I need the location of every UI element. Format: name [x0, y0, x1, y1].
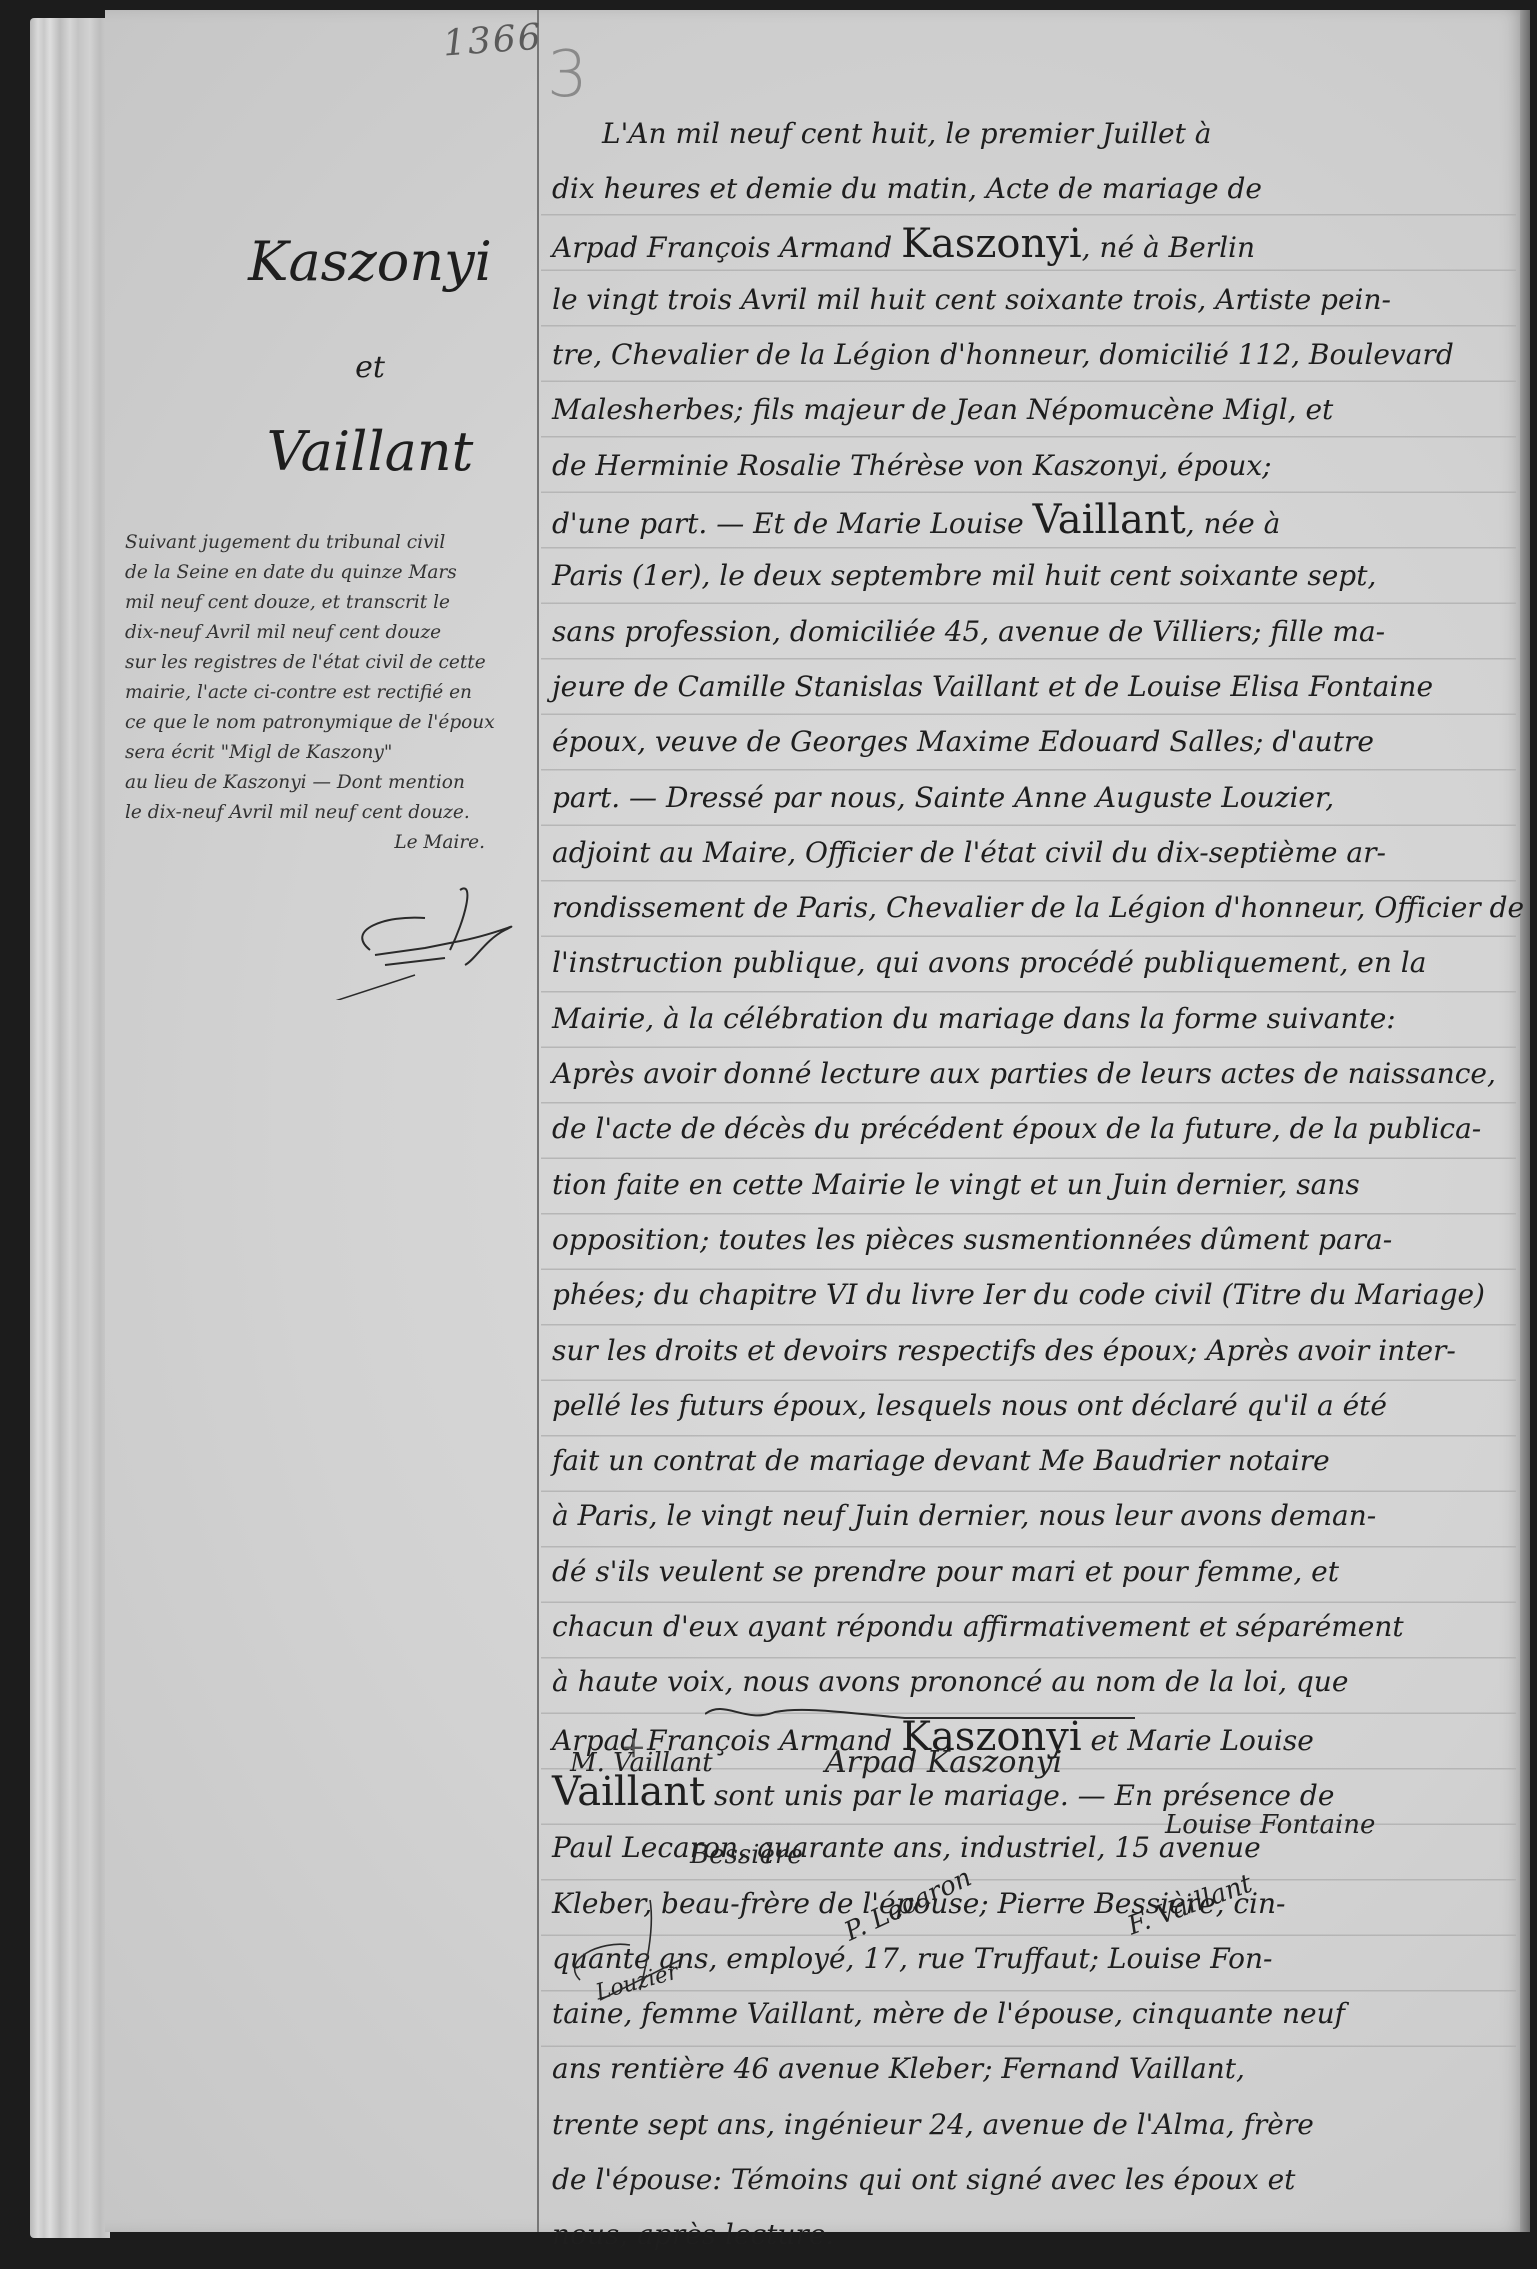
act-text: dé s'ils veulent se prendre pour mari et…: [552, 1555, 1339, 1588]
closing-flourish-icon: [705, 1704, 1135, 1724]
act-line: phées; du chapitre VI du livre Ier du co…: [552, 1267, 1537, 1322]
act-text: Malesherbes; fils majeur de Jean Népomuc…: [552, 393, 1333, 426]
act-line: Mairie, à la célébration du mariage dans…: [552, 991, 1537, 1046]
act-line: Malesherbes; fils majeur de Jean Népomuc…: [552, 382, 1537, 437]
act-text: de l'acte de décès du précédent époux de…: [552, 1112, 1481, 1145]
act-line: dix heures et demie du matin, Acte de ma…: [552, 161, 1537, 216]
act-text: pellé les futurs époux, lesquels nous on…: [552, 1389, 1387, 1422]
act-line: L'An mil neuf cent huit, le premier Juil…: [552, 106, 1537, 161]
act-text: chacun d'eux ayant répondu affirmativeme…: [552, 1610, 1404, 1643]
act-line: de l'épouse: Témoins qui ont signé avec …: [552, 2152, 1537, 2207]
act-line: tion faite en cette Mairie le vingt et u…: [552, 1157, 1537, 1212]
act-line: opposition; toutes les pièces susmention…: [552, 1212, 1537, 1267]
annotation-line: sera écrit "Migl de Kaszony": [125, 738, 525, 768]
act-text: sur les droits et devoirs respectifs des…: [552, 1334, 1456, 1367]
act-text: nous, après lecture.: [552, 2218, 834, 2251]
act-text: Arpad François Armand: [552, 231, 901, 264]
act-text: Paul Lecaron, quarante ans, industriel, …: [552, 1831, 1261, 1864]
act-text: le vingt trois Avril mil huit cent soixa…: [552, 283, 1391, 316]
act-text: tre, Chevalier de la Légion d'honneur, d…: [552, 338, 1454, 371]
act-line: Après avoir donné lecture aux parties de…: [552, 1046, 1537, 1101]
act-line: époux, veuve de Georges Maxime Edouard S…: [552, 714, 1537, 769]
entry-number: 3: [547, 38, 588, 112]
act-text: sans profession, domiciliée 45, avenue d…: [552, 615, 1385, 648]
register-page: 1366 3 Kaszonyi et Vaillant Suivant juge…: [105, 10, 1530, 2232]
act-text: Paris (1er), le deux septembre mil huit …: [552, 559, 1376, 592]
act-line: dé s'ils veulent se prendre pour mari et…: [552, 1544, 1537, 1599]
act-line: tre, Chevalier de la Légion d'honneur, d…: [552, 327, 1537, 382]
margin-groom-surname: Kaszonyi: [205, 230, 535, 293]
margin-rule: [537, 10, 539, 2232]
annotation-line: sur les registres de l'état civil de cet…: [125, 648, 525, 678]
act-line: sur les droits et devoirs respectifs des…: [552, 1323, 1537, 1378]
act-line: rondissement de Paris, Chevalier de la L…: [552, 880, 1537, 935]
act-line: de Herminie Rosalie Thérèse von Kaszonyi…: [552, 438, 1537, 493]
annotation-line: le dix-neuf Avril mil neuf cent douze.: [125, 798, 525, 828]
act-line: d'une part. — Et de Marie Louise Vaillan…: [552, 493, 1537, 548]
annotation-line: mairie, l'acte ci-contre est rectifié en: [125, 678, 525, 708]
annotation-line: Suivant jugement du tribunal civil: [125, 528, 525, 558]
margin-conjunction: et: [205, 350, 535, 385]
emphasized-surname: Vaillant: [1033, 497, 1186, 543]
annotation-line: dix-neuf Avril mil neuf cent douze: [125, 618, 525, 648]
act-text: l'instruction publique, qui avons procéd…: [552, 946, 1426, 979]
act-line: à Paris, le vingt neuf Juin dernier, nou…: [552, 1488, 1537, 1543]
act-line: à haute voix, nous avons prononcé au nom…: [552, 1654, 1537, 1709]
act-text: à Paris, le vingt neuf Juin dernier, nou…: [552, 1499, 1376, 1532]
act-text: L'An mil neuf cent huit, le premier Juil…: [602, 117, 1211, 150]
officer-signature-flourish-icon: [560, 1890, 740, 2020]
act-text: tion faite en cette Mairie le vingt et u…: [552, 1168, 1360, 1201]
act-line: Paris (1er), le deux septembre mil huit …: [552, 548, 1537, 603]
act-text: trente sept ans, ingénieur 24, avenue de…: [552, 2108, 1314, 2141]
signature-bride: M. Vaillant: [570, 1748, 713, 1778]
act-text: phées; du chapitre VI du livre Ier du co…: [552, 1278, 1485, 1311]
annotation-signed-by: Le Maire.: [125, 828, 525, 858]
annotation-line: au lieu de Kaszonyi — Dont mention: [125, 768, 525, 798]
act-line: nous, après lecture.: [552, 2207, 1537, 2262]
act-line: trente sept ans, ingénieur 24, avenue de…: [552, 2097, 1537, 2152]
act-text: opposition; toutes les pièces susmention…: [552, 1223, 1392, 1256]
act-text: à haute voix, nous avons prononcé au nom…: [552, 1665, 1348, 1698]
act-text: jeure de Camille Stanislas Vaillant et d…: [552, 670, 1433, 703]
book-page-stack: [30, 18, 110, 2238]
act-line: jeure de Camille Stanislas Vaillant et d…: [552, 659, 1537, 714]
act-line: de l'acte de décès du précédent époux de…: [552, 1101, 1537, 1156]
act-text: , née à: [1186, 507, 1281, 540]
act-text: et Marie Louise: [1082, 1724, 1314, 1757]
act-text: époux, veuve de Georges Maxime Edouard S…: [552, 725, 1374, 758]
act-text: fait un contrat de mariage devant Me Bau…: [552, 1444, 1330, 1477]
act-text: Mairie, à la célébration du mariage dans…: [552, 1002, 1396, 1035]
act-line: le vingt trois Avril mil huit cent soixa…: [552, 272, 1537, 327]
annotation-line: de la Seine en date du quinze Mars: [125, 558, 525, 588]
act-text: Après avoir donné lecture aux parties de…: [552, 1057, 1496, 1090]
annotation-line: ce que le nom patronymique de l'époux: [125, 708, 525, 738]
act-line: Arpad François Armand Kaszonyi, né à Ber…: [552, 217, 1537, 272]
act-text: d'une part. — Et de Marie Louise: [552, 507, 1033, 540]
act-line: l'instruction publique, qui avons procéd…: [552, 935, 1537, 990]
act-text: de Herminie Rosalie Thérèse von Kaszonyi…: [552, 449, 1272, 482]
act-line: fait un contrat de mariage devant Me Bau…: [552, 1433, 1537, 1488]
act-text: dix heures et demie du matin, Acte de ma…: [552, 172, 1262, 205]
act-text: adjoint au Maire, Officier de l'état civ…: [552, 836, 1386, 869]
signature-groom: Arpad Kaszonyi: [825, 1745, 1062, 1780]
act-line: chacun d'eux ayant répondu affirmativeme…: [552, 1599, 1537, 1654]
folio-number: 1366: [442, 17, 544, 65]
margin-bride-surname: Vaillant: [205, 420, 535, 483]
act-line: pellé les futurs époux, lesquels nous on…: [552, 1378, 1537, 1433]
emphasized-surname: Kaszonyi: [901, 221, 1082, 267]
act-text: ans rentière 46 avenue Kleber; Fernand V…: [552, 2052, 1245, 2085]
act-line: ans rentière 46 avenue Kleber; Fernand V…: [552, 2041, 1537, 2096]
act-text: de l'épouse: Témoins qui ont signé avec …: [552, 2163, 1295, 2196]
act-line: sans profession, domiciliée 45, avenue d…: [552, 604, 1537, 659]
margin-annotation: Suivant jugement du tribunal civil de la…: [125, 528, 525, 858]
act-text: , né à Berlin: [1082, 231, 1255, 264]
act-text: rondissement de Paris, Chevalier de la L…: [552, 891, 1524, 924]
act-text: sont unis par le mariage. — En présence …: [705, 1779, 1334, 1812]
act-line: adjoint au Maire, Officier de l'état civ…: [552, 825, 1537, 880]
signature-witness-bessiere: Bessière: [690, 1840, 803, 1870]
annotation-line: mil neuf cent douze, et transcrit le: [125, 588, 525, 618]
signature-mother: Louise Fontaine: [1165, 1810, 1375, 1840]
act-text: part. — Dressé par nous, Sainte Anne Aug…: [552, 781, 1334, 814]
margin-signature-icon: [275, 880, 575, 1000]
act-line: part. — Dressé par nous, Sainte Anne Aug…: [552, 770, 1537, 825]
